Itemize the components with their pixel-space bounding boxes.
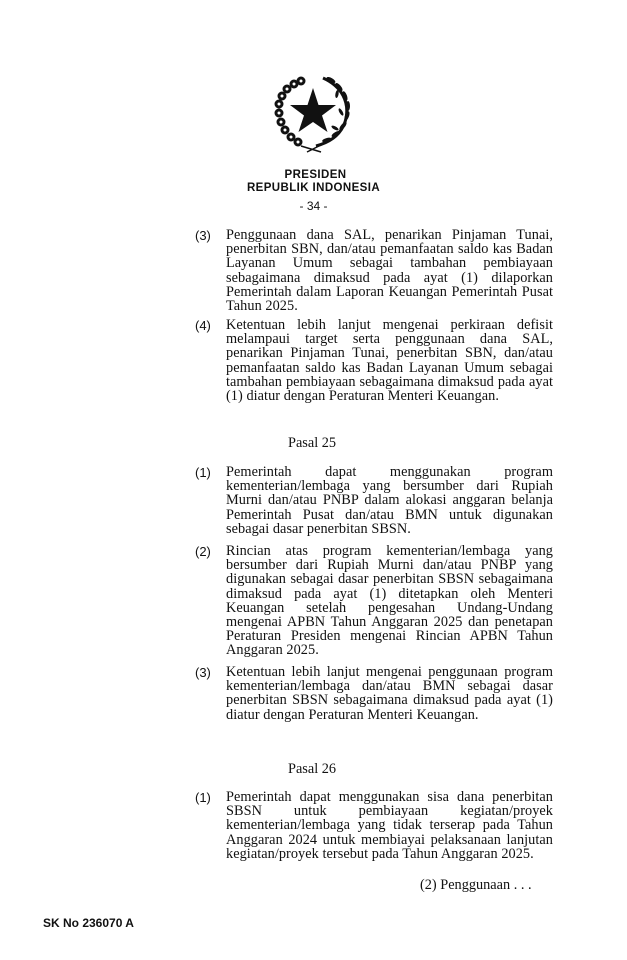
article-heading: Pasal 25: [288, 435, 336, 452]
clause-text: Pemerintah dapat menggunakan program kem…: [226, 465, 553, 536]
clause-number: (3): [195, 228, 211, 243]
clause-number: (2): [195, 544, 211, 559]
header-title-republik: REPUBLIK INDONESIA: [0, 182, 627, 194]
article-heading: Pasal 26: [288, 761, 336, 778]
clause-text: Ketentuan lebih lanjut mengenai perkiraa…: [226, 318, 553, 403]
clause-number: (1): [195, 465, 211, 480]
presidential-emblem-icon: [271, 72, 355, 156]
clause-number: (3): [195, 665, 211, 680]
continuation-text: (2) Penggunaan . . .: [420, 877, 532, 894]
clause-text: Pemerintah dapat menggunakan sisa dana p…: [226, 790, 553, 861]
page-number: - 34 -: [0, 199, 627, 213]
clause-text: Ketentuan lebih lanjut mengenai pengguna…: [226, 665, 553, 722]
document-serial-number: SK No 236070 A: [43, 916, 134, 930]
clause-text: Rincian atas program kementerian/lembaga…: [226, 544, 553, 658]
clause-text: Penggunaan dana SAL, penarikan Pinjaman …: [226, 228, 553, 313]
clause-number: (4): [195, 318, 211, 333]
clause-number: (1): [195, 790, 211, 805]
header-title-presiden: PRESIDEN: [0, 169, 627, 181]
